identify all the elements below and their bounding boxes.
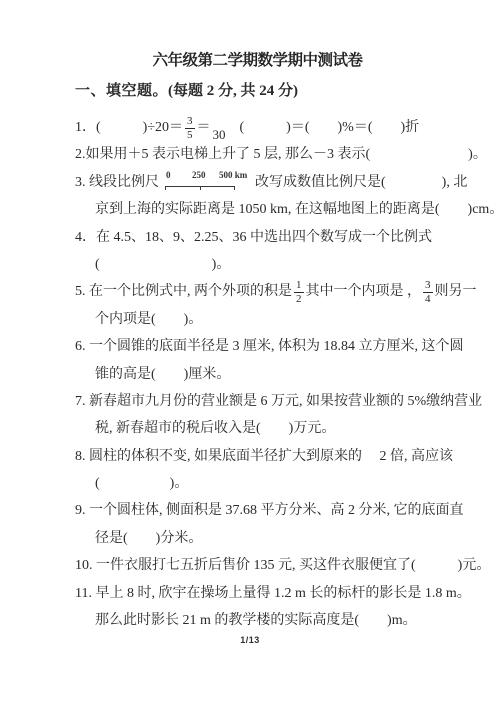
fraction-numerator: 1: [294, 280, 304, 293]
question-11-line-2: 那么此时影长 21 m 的教学楼的实际高度是( )m。: [75, 607, 440, 634]
question-6-line-1: 6. 一个圆锥的底面半径是 3 厘米, 体积为 18.84 立方厘米, 这个圆: [75, 333, 440, 360]
question-7-line-1: 7. 新春超市九月份的营业额是 6 万元, 如果按营业额的 5%缴纳营业: [75, 388, 440, 415]
question-3-text: 3. 线段比例尺: [75, 175, 159, 190]
exam-paper-page: 六年级第二学期数学期中测试卷 一、填空题。(每题 2 分, 共 24 分) 1．…: [0, 0, 500, 708]
question-7-line-2: 税, 新春超市的税后收入是( )万元。: [75, 415, 440, 442]
fraction-one-half: 12: [294, 280, 304, 305]
fraction-denominator: 4: [423, 293, 433, 305]
question-11-line-1: 11. 早上 8 时, 欣宇在操场上量得 1.2 m 长的标杆的影长是 1.8 …: [75, 580, 440, 607]
page-content: 六年级第二学期数学期中测试卷 一、填空题。(每题 2 分, 共 24 分) 1．…: [0, 0, 500, 634]
scale-ruler-graphic: 0250500 km: [165, 171, 251, 191]
question-5-text-a: 5. 在一个比例式中, 两个外项的积是: [75, 284, 292, 299]
question-3-line-1: 3. 线段比例尺0250500 km改写成数值比例尺是( ), 北: [75, 169, 440, 196]
section-points-note: (每题 2 分, 共 24 分): [168, 83, 298, 99]
question-5-line-2: 个内项是( )。: [75, 306, 440, 333]
question-4-line-1: 4．在 4.5、18、9、2.25、36 中选出四个数写成一个比例式: [75, 224, 440, 251]
page-number: 1/13: [0, 635, 500, 645]
question-9-line-2: 径是( )分米。: [75, 525, 440, 552]
question-2: 2.如果用＋5 表示电梯上升了 5 层, 那么－3 表示( )。: [75, 141, 440, 168]
ruler-tick: [200, 186, 201, 190]
section-label: 一、填空题。: [75, 83, 168, 99]
question-1: 1．( )÷20＝35＝30 ( )＝( )%＝( )折: [75, 114, 440, 141]
fraction-denominator: 5: [185, 129, 195, 141]
question-list: 1．( )÷20＝35＝30 ( )＝( )%＝( )折 2.如果用＋5 表示电…: [75, 114, 440, 634]
question-1-text: 1．( )÷20＝: [75, 120, 183, 135]
question-3-line-2: 京到上海的实际距离是 1050 km, 在这幅地图上的距离是( )cm。: [75, 196, 440, 223]
ruler-tick: [234, 186, 235, 190]
page-title: 六年级第二学期数学期中测试卷: [75, 51, 440, 71]
fraction-numerator: 3: [185, 116, 195, 129]
fraction-three-quarters: 34: [423, 280, 433, 305]
section-header: 一、填空题。(每题 2 分, 共 24 分): [75, 81, 440, 101]
question-3-text-after-ruler: 改写成数值比例尺是( ), 北: [255, 175, 467, 190]
ruler-label-0: 0: [166, 171, 171, 180]
fraction-denominator: 2: [294, 293, 304, 305]
ruler-label-500km: 500 km: [219, 171, 247, 180]
question-10: 10. 一件衣服打七五折后售价 135 元, 买这件衣服便宜了( )元。: [75, 552, 440, 579]
question-5-text-b: 其中一个内项是 ，: [306, 284, 422, 299]
question-8-line-2: ( )。: [75, 470, 440, 497]
fraction-numerator: 3: [423, 280, 433, 293]
question-9-line-1: 9. 一个圆柱体, 侧面积是 37.68 平方分米、高 2 分米, 它的底面直: [75, 497, 440, 524]
question-4-line-2: ( )。: [75, 251, 440, 278]
ruler-label-250: 250: [192, 171, 206, 180]
question-6-line-2: 锥的高是( )厘米。: [75, 361, 440, 388]
equals-sign: ＝: [197, 120, 211, 135]
ruler-tick: [165, 186, 166, 190]
fraction-three-fifths: 35: [185, 116, 195, 141]
question-5-text-c: 则另一: [435, 284, 477, 299]
question-1-text-tail: ( )＝( )%＝( )折: [226, 120, 420, 135]
question-5-line-1: 5. 在一个比例式中, 两个外项的积是12其中一个内项是 ，34则另一: [75, 278, 440, 305]
question-8-line-1: 8. 圆柱的体积不变, 如果底面半径扩大到原来的 2 倍, 高应该: [75, 443, 440, 470]
